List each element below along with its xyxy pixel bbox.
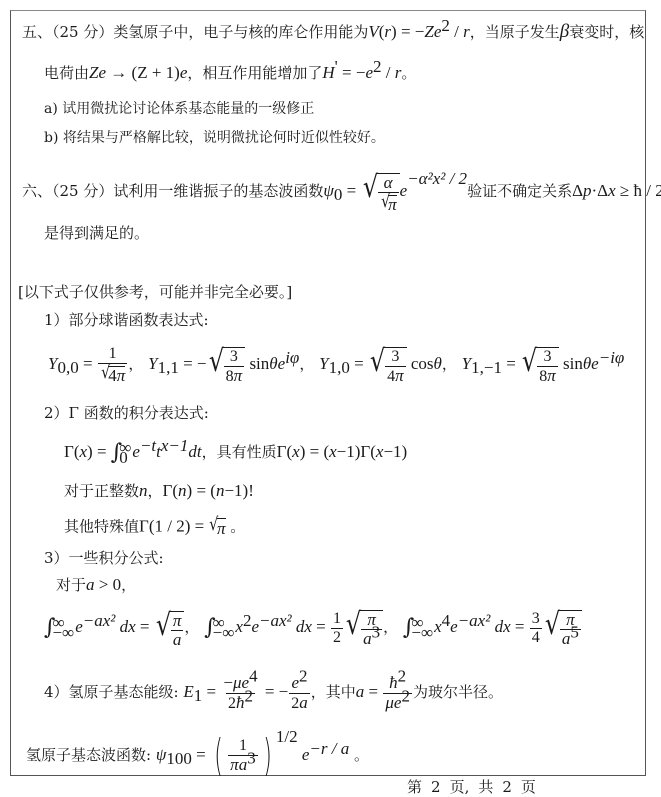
gamma-integer-line: 对于正整数n，Γ(n) = (n−1)! xyxy=(64,481,254,501)
footer-di: 第 xyxy=(407,778,422,796)
footer-page-number: 2 xyxy=(431,778,441,796)
gaussian-integrals: ∫∞−∞e−ax² dx = √πa， ∫∞−∞x2e−ax² dx = 12√… xyxy=(44,604,582,651)
q6-line2: 是得到满足的。 xyxy=(44,223,149,243)
sqrt-alpha-over-root-pi: √α√π xyxy=(361,170,400,214)
reference-note: [以下式子仅供参考，可能并非完全必要。] xyxy=(18,282,292,302)
section5-title: 氢原子基态波函数: xyxy=(26,746,151,764)
q6-wavefunction: ψ xyxy=(323,181,334,200)
q6-label: 六、（25 分）试利用一维谐振子的基态波函数 xyxy=(22,182,323,200)
spherical-harmonics-formulas: Y0,0 = 1√4π， Y1,1 = −√38π sinθeiφ， Y1,0 … xyxy=(48,342,624,386)
footer-gong: 共 xyxy=(478,778,493,796)
exam-border-box xyxy=(10,10,646,776)
q5-mid: ，当原子发生 xyxy=(470,23,560,41)
beta-symbol: β xyxy=(560,21,569,42)
q5-line1: 五、（25 分）类氢原子中，电子与核的库仑作用能为V(r) = −Ze2 / r… xyxy=(22,22,644,42)
footer-ye: 页, xyxy=(450,778,470,796)
section3-title: 3）一些积分公式: xyxy=(44,548,164,568)
q5-part-b: b) 将结果与严格解比较，说明微扰论何时近似性较好。 xyxy=(44,128,385,148)
gamma-definition-line: Γ(x) = ∫∞0e−ttx−1dt，具有性质Γ(x) = (x−1)Γ(x−… xyxy=(64,437,407,468)
q6-line1: 六、（25 分）试利用一维谐振子的基态波函数ψ0 = √α√πe−α²x² / … xyxy=(22,170,661,214)
q6-mid: 验证不确定关系 xyxy=(467,182,572,200)
q5-part-a: a) 试用微扰论讨论体系基态能量的一级修正 xyxy=(44,99,314,119)
gamma-integer-pre: 对于正整数 xyxy=(64,482,139,500)
q5-tail: 衰变时，核 xyxy=(569,23,644,41)
condition-pre: 对于 xyxy=(56,576,86,594)
charge-change-formula: Ze xyxy=(89,63,106,82)
section4-mid: ，其中 xyxy=(311,683,356,701)
section4-end: 为玻尔半径。 xyxy=(413,683,503,701)
hydrogen-energy-line: 4）氢原子基态能级: E1 = −μe42ħ2 = −e22a，其中a = ħ2… xyxy=(44,672,503,713)
footer-total-pages: 2 xyxy=(502,778,512,796)
q5-label: 五、（25 分）类氢原子中，电子与核的库仑作用能为 xyxy=(22,23,368,41)
gamma-property-label: ，具有性质 xyxy=(202,443,277,461)
page-footer: 第2页,共2页 xyxy=(407,776,545,797)
integral-condition-line: 对于a > 0， xyxy=(56,575,136,595)
hydrogen-wavefunction-line: 氢原子基态波函数: ψ100 = (1πa3)1/2 e−r / a 。 xyxy=(26,733,369,778)
section4-title: 4）氢原子基态能级: xyxy=(44,683,179,701)
q5-line2-mid: ，相互作用能增加了 xyxy=(187,64,322,82)
q5-line2-pre: 电荷由 xyxy=(44,64,89,82)
footer-ye2: 页 xyxy=(521,778,536,796)
section1-title: 1）部分球谐函数表达式: xyxy=(44,310,209,330)
perturbation-formula: H xyxy=(322,63,334,82)
gamma-special-line: 其他特殊值Γ(1 / 2) = √π 。 xyxy=(64,516,245,539)
q5-line2-end: 。 xyxy=(401,64,416,82)
section2-title: 2）Γ 函数的积分表达式: xyxy=(44,403,209,423)
gamma-special-pre: 其他特殊值 xyxy=(64,518,139,536)
q5-potential-formula: V xyxy=(368,22,378,41)
q5-line2: 电荷由Ze → (Z + 1)e，相互作用能增加了H' = −e2 / r。 xyxy=(44,63,416,83)
